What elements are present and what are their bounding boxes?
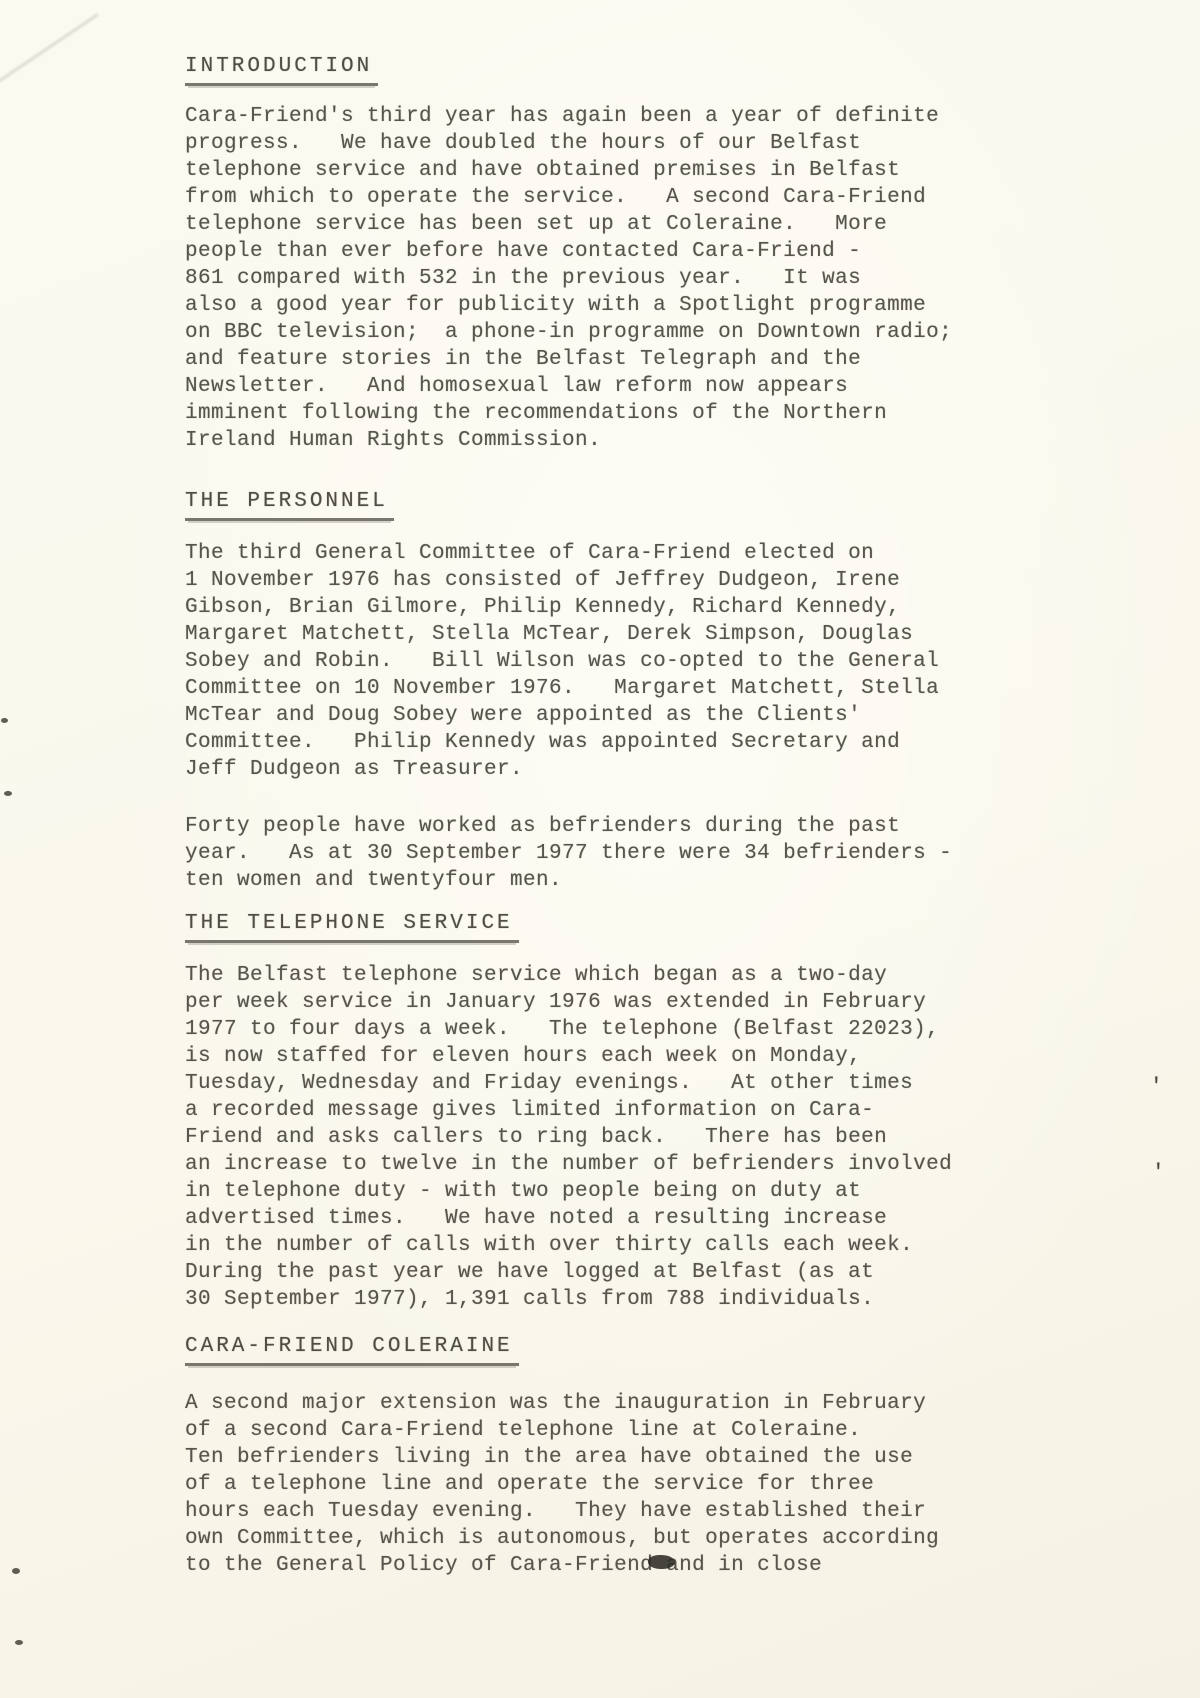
- section-heading-introduction: INTRODUCTION: [185, 55, 378, 86]
- ink-speck: [12, 1568, 20, 1574]
- stray-apostrophe-mark: ': [1150, 1076, 1163, 1099]
- ink-blob: [648, 1555, 675, 1569]
- stray-apostrophe-mark: ': [1152, 1162, 1165, 1185]
- paragraph-introduction: Cara-Friend's third year has again been …: [185, 103, 952, 454]
- section-heading-coleraine: CARA-FRIEND COLERAINE: [185, 1335, 519, 1366]
- section-heading-telephone-service: THE TELEPHONE SERVICE: [185, 912, 519, 943]
- section-heading-personnel: THE PERSONNEL: [185, 490, 394, 521]
- ink-speck: [1, 718, 8, 723]
- ink-speck: [4, 791, 12, 796]
- paragraph-personnel-befrienders: Forty people have worked as befrienders …: [185, 813, 952, 894]
- ink-speck: [15, 1640, 23, 1645]
- paper-crease: [0, 13, 99, 94]
- paragraph-coleraine: A second major extension was the inaugur…: [185, 1390, 939, 1579]
- paragraph-personnel-committee: The third General Committee of Cara-Frie…: [185, 540, 939, 783]
- scanned-document-page: INTRODUCTION Cara-Friend's third year ha…: [0, 0, 1200, 1698]
- paragraph-telephone-service: The Belfast telephone service which bega…: [185, 962, 952, 1313]
